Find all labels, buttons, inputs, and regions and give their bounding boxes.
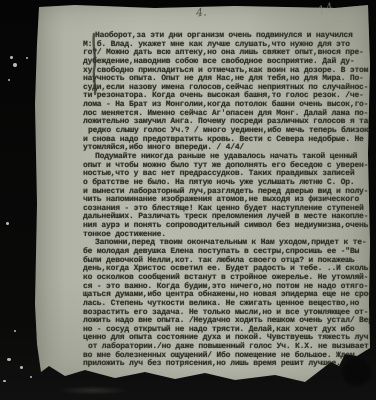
dust-speck <box>26 57 28 59</box>
dust-speck <box>14 330 16 332</box>
torn-edge-notch <box>340 356 374 388</box>
typed-text: Наоборот,за эти дни организм очень подви… <box>83 32 376 369</box>
dust-speck <box>10 56 13 59</box>
dust-speck <box>6 222 9 225</box>
dust-speck <box>8 79 10 81</box>
smudge <box>58 386 128 395</box>
dust-speck <box>3 380 6 382</box>
dust-speck <box>13 63 17 67</box>
paper-sheet: Наоборот,за эти дни организм очень подви… <box>35 4 371 386</box>
scanned-document-page: { "doc": { "page_number": "4.", "pencil_… <box>0 0 376 400</box>
dust-speck <box>30 376 32 378</box>
dust-speck <box>7 358 11 361</box>
dust-speck <box>20 366 23 369</box>
page-number: 4. <box>195 5 207 19</box>
